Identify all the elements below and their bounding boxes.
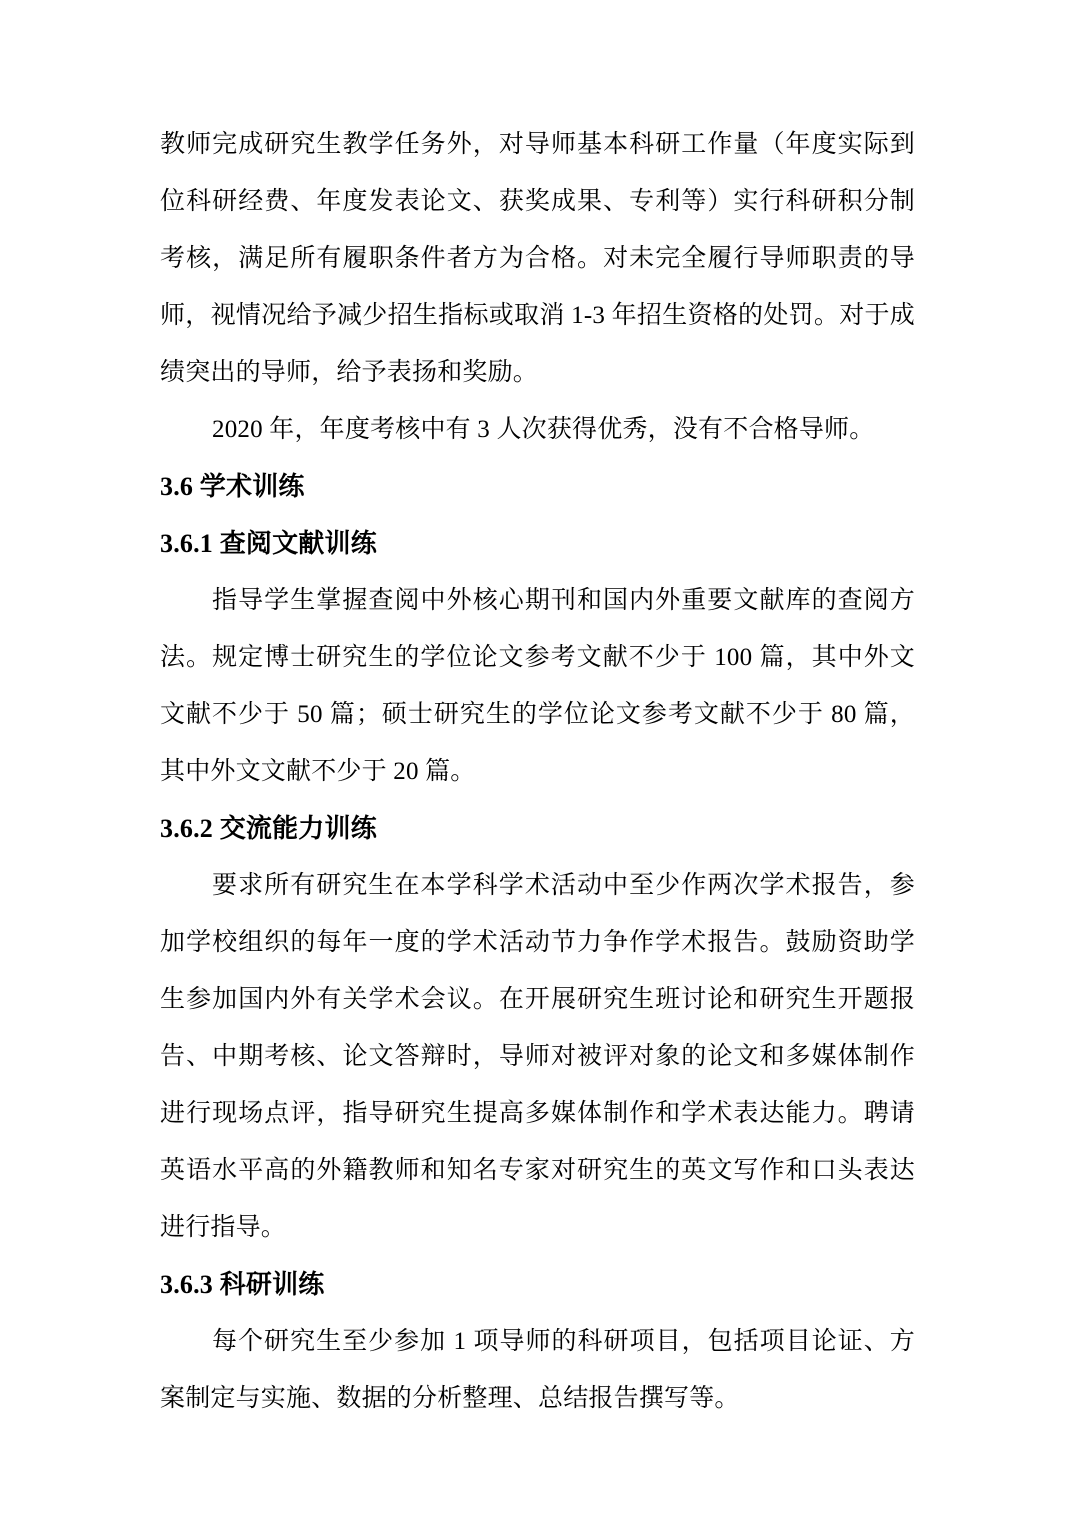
section-heading: 3.6 学术训练 (160, 458, 915, 515)
body-paragraph: 2020 年，年度考核中有 3 人次获得优秀，没有不合格导师。 (160, 401, 915, 458)
section-heading: 3.6.1 查阅文献训练 (160, 515, 915, 572)
body-paragraph: 要求所有研究生在本学科学术活动中至少作两次学术报告，参加学校组织的每年一度的学术… (160, 857, 915, 1256)
document-body: 教师完成研究生教学任务外，对导师基本科研工作量（年度实际到位科研经费、年度发表论… (160, 116, 915, 1427)
body-paragraph: 每个研究生至少参加 1 项导师的科研项目，包括项目论证、方案制定与实施、数据的分… (160, 1313, 915, 1427)
body-paragraph: 指导学生掌握查阅中外核心期刊和国内外重要文献库的查阅方法。规定博士研究生的学位论… (160, 572, 915, 800)
document-page: 教师完成研究生教学任务外，对导师基本科研工作量（年度实际到位科研经费、年度发表论… (0, 0, 1074, 1520)
body-paragraph: 教师完成研究生教学任务外，对导师基本科研工作量（年度实际到位科研经费、年度发表论… (160, 116, 915, 401)
section-heading: 3.6.3 科研训练 (160, 1256, 915, 1313)
section-heading: 3.6.2 交流能力训练 (160, 800, 915, 857)
